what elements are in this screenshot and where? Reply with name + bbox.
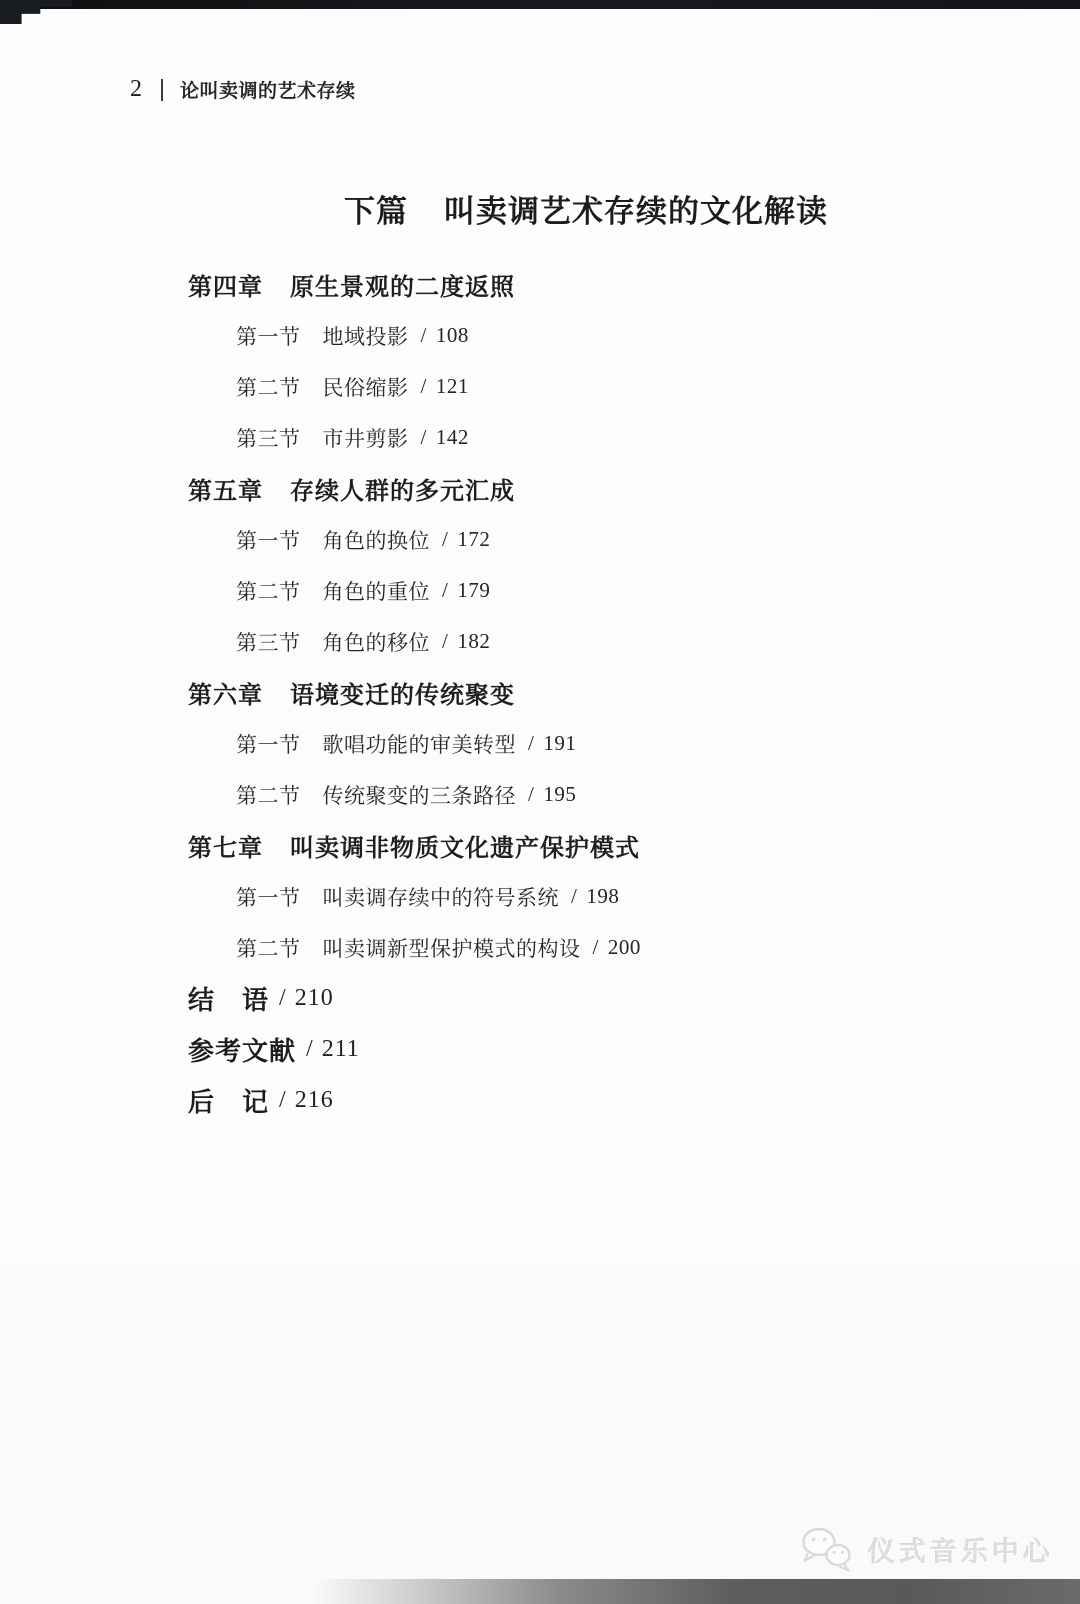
section-page-number: 200 — [608, 935, 641, 960]
toc-section: 第一节 角色的换位 / 172 — [0, 514, 1080, 565]
section-label: 第二节 — [236, 933, 301, 963]
backmatter-page-number: 216 — [295, 1087, 334, 1114]
section-title: 传统聚变的三条路径 — [323, 780, 517, 810]
watermark-text: 仪式音乐中心 — [868, 1530, 1054, 1569]
section-title: 地域投影 — [323, 321, 409, 351]
page-separator: / — [442, 527, 448, 552]
section-title: 民俗缩影 — [323, 372, 409, 402]
backmatter-title: 后 记 — [188, 1082, 269, 1119]
chapter-title: 原生景观的二度返照 — [290, 267, 515, 302]
toc-backmatter: 结 语 / 210 — [0, 973, 1080, 1024]
watermark: 仪式音乐中心 — [798, 1526, 1054, 1572]
toc-section: 第一节 叫卖调存续中的符号系统 / 198 — [0, 871, 1080, 922]
toc-section: 第二节 角色的重位 / 179 — [0, 565, 1080, 616]
page-separator: / — [442, 629, 448, 654]
toc-section: 第一节 地域投影 / 108 — [0, 310, 1080, 361]
section-title: 角色的重位 — [323, 576, 431, 606]
section-page-number: 108 — [436, 323, 469, 348]
backmatter-page-number: 211 — [322, 1036, 360, 1063]
page-separator: / — [421, 425, 427, 450]
section-label: 第一节 — [236, 729, 301, 759]
book-title: 论叫卖调的艺术存续 — [180, 76, 356, 103]
scanned-book-page: 2 论叫卖调的艺术存续 下篇叫卖调艺术存续的文化解读 第四章 原生景观的二度返照… — [0, 0, 1080, 1604]
section-label: 第三节 — [236, 627, 301, 657]
section-page-number: 182 — [457, 629, 490, 654]
page-separator: / — [421, 323, 427, 348]
section-label: 第三节 — [236, 423, 301, 453]
chapter-title: 存续人群的多元汇成 — [290, 471, 515, 506]
page-separator: / — [571, 884, 577, 909]
toc-section: 第二节 民俗缩影 / 121 — [0, 361, 1080, 412]
page-separator: / — [442, 578, 448, 603]
toc-section: 第一节 歌唱功能的审美转型 / 191 — [0, 718, 1080, 769]
toc-section: 第二节 叫卖调新型保护模式的构设 / 200 — [0, 922, 1080, 973]
toc-chapter: 第五章 存续人群的多元汇成 — [0, 463, 1080, 514]
backmatter-title: 参考文献 — [188, 1031, 296, 1068]
page-number: 2 — [130, 76, 142, 103]
part-title-text: 叫卖调艺术存续的文化解读 — [444, 194, 828, 229]
chapter-title: 叫卖调非物质文化遗产保护模式 — [290, 828, 640, 863]
chapter-label: 第五章 — [188, 471, 263, 506]
section-title: 叫卖调新型保护模式的构设 — [323, 933, 581, 963]
section-title: 市井剪影 — [323, 423, 409, 453]
page-separator: / — [421, 374, 427, 399]
backmatter-page-number: 210 — [295, 985, 334, 1012]
toc-backmatter: 参考文献 / 211 — [0, 1024, 1080, 1075]
section-page-number: 172 — [457, 527, 490, 552]
toc-backmatter: 后 记 / 216 — [0, 1075, 1080, 1126]
section-label: 第一节 — [236, 882, 301, 912]
part-title: 下篇叫卖调艺术存续的文化解读 — [0, 186, 1080, 231]
section-page-number: 142 — [436, 425, 469, 450]
page-separator: / — [279, 985, 287, 1012]
section-page-number: 121 — [436, 374, 469, 399]
section-title: 歌唱功能的审美转型 — [323, 729, 517, 759]
toc-section: 第三节 市井剪影 / 142 — [0, 412, 1080, 463]
page-separator: / — [528, 731, 534, 756]
section-page-number: 198 — [586, 884, 619, 909]
chapter-label: 第七章 — [188, 828, 263, 863]
section-page-number: 195 — [543, 782, 576, 807]
section-label: 第一节 — [236, 525, 301, 555]
page-separator: / — [306, 1036, 314, 1063]
section-title: 叫卖调存续中的符号系统 — [323, 882, 560, 912]
scan-bottom-edge — [0, 1579, 1080, 1604]
chapter-title: 语境变迁的传统聚变 — [290, 675, 515, 710]
section-label: 第二节 — [236, 780, 301, 810]
header-divider — [161, 79, 163, 101]
scan-corner-artifact — [0, 0, 72, 24]
toc-section: 第三节 角色的移位 / 182 — [0, 616, 1080, 667]
section-title: 角色的换位 — [323, 525, 431, 555]
wechat-chat-bubbles-icon — [798, 1526, 856, 1572]
toc-chapter: 第六章 语境变迁的传统聚变 — [0, 667, 1080, 718]
page-separator: / — [528, 782, 534, 807]
chapter-label: 第六章 — [188, 675, 263, 710]
running-head: 2 论叫卖调的艺术存续 — [130, 76, 356, 103]
section-label: 第二节 — [236, 372, 301, 402]
section-page-number: 191 — [543, 731, 576, 756]
page-separator: / — [279, 1087, 287, 1114]
toc-chapter: 第七章 叫卖调非物质文化遗产保护模式 — [0, 820, 1080, 871]
section-label: 第二节 — [236, 576, 301, 606]
toc-chapter: 第四章 原生景观的二度返照 — [0, 259, 1080, 310]
table-of-contents: 第四章 原生景观的二度返照 第一节 地域投影 / 108 第二节 民俗缩影 / … — [0, 259, 1080, 1126]
section-title: 角色的移位 — [323, 627, 431, 657]
part-label: 下篇 — [344, 194, 408, 229]
scan-top-edge — [0, 0, 1080, 9]
page-separator: / — [593, 935, 599, 960]
backmatter-title: 结 语 — [188, 980, 269, 1017]
chapter-label: 第四章 — [188, 267, 263, 302]
section-label: 第一节 — [236, 321, 301, 351]
toc-section: 第二节 传统聚变的三条路径 / 195 — [0, 769, 1080, 820]
section-page-number: 179 — [457, 578, 490, 603]
